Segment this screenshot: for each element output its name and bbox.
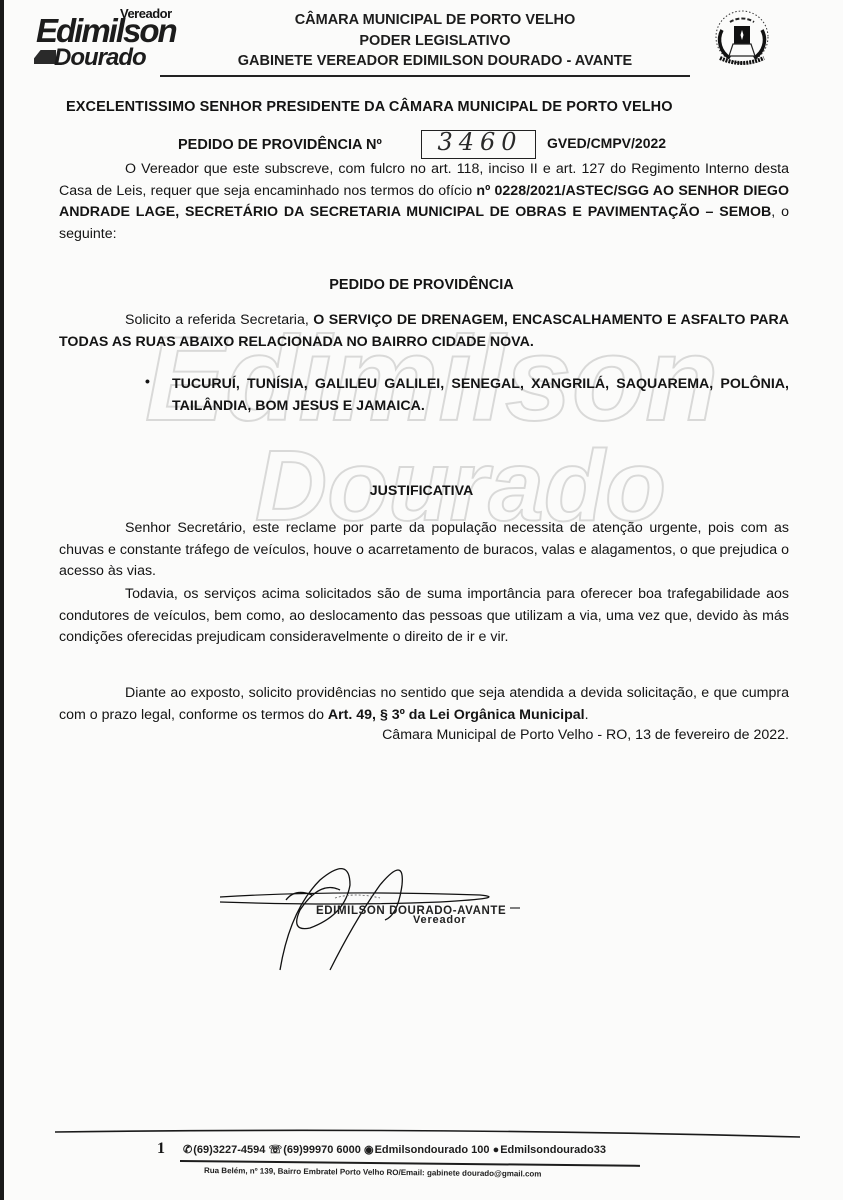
addressee: EXCELENTISSIMO SENHOR PRESIDENTE DA CÂMA… bbox=[66, 99, 673, 115]
footer-whatsapp: (69)99970 6000 bbox=[283, 1144, 361, 1156]
closing-paragraph: Diante ao exposto, solicito providências… bbox=[59, 683, 789, 726]
logo-last-name: Dourado bbox=[54, 44, 146, 72]
dateline: Câmara Municipal de Porto Velho - RO, 13… bbox=[382, 727, 789, 743]
request-number: 3460 bbox=[428, 128, 532, 156]
request-label: PEDIDO DE PROVIDÊNCIA Nº bbox=[178, 137, 382, 153]
whatsapp-icon: ☏ bbox=[268, 1143, 282, 1156]
vereador-logo: Vereador Edimilson Dourado bbox=[28, 6, 188, 68]
footer-instagram: Edmilsondourado 100 bbox=[375, 1144, 490, 1156]
request-paragraph: Solicito a referida Secretaria, O SERVIÇ… bbox=[59, 310, 789, 353]
footer-contacts: ✆(69)3227-4594 ☏(69)99970 6000 ◉Edmilson… bbox=[183, 1143, 606, 1156]
street-list: TUCURUÍ, TUNÍSIA, GALILEU GALILEI, SENEG… bbox=[172, 373, 789, 417]
intro-paragraph: O Vereador que este subscreve, com fulcr… bbox=[59, 159, 789, 245]
header-legislative-power: PODER LEGISLATIVO bbox=[200, 33, 670, 49]
justification-paragraph-2: Todavia, os serviços acima solicitados s… bbox=[59, 584, 789, 649]
phone-icon: ✆ bbox=[183, 1143, 192, 1156]
section-title-justification: JUSTIFICATIVA bbox=[0, 483, 843, 499]
request-suffix: GVED/CMPV/2022 bbox=[547, 135, 666, 151]
header-divider bbox=[160, 75, 690, 77]
page-number: 1 bbox=[157, 1140, 165, 1158]
footer-divider bbox=[55, 1126, 800, 1138]
justification-paragraph-1: Senhor Secretário, este reclame por part… bbox=[59, 518, 789, 583]
facebook-icon: ● bbox=[493, 1144, 500, 1156]
closing-period: . bbox=[585, 707, 589, 723]
footer-facebook: Edmilsondourado33 bbox=[500, 1144, 606, 1156]
section-title-request: PEDIDO DE PROVIDÊNCIA bbox=[0, 277, 843, 293]
signatory-name: EDIMILSON DOURADO-AVANTE bbox=[316, 905, 506, 917]
footer-phone: (69)3227-4594 bbox=[193, 1144, 265, 1156]
signatory-role: Vereador bbox=[413, 914, 466, 926]
header-office-name: GABINETE VEREADOR EDIMILSON DOURADO - AV… bbox=[200, 53, 670, 69]
footer-address: Rua Belém, nº 139, Bairro Embratel Porto… bbox=[204, 1166, 542, 1179]
svg-text:Dourado: Dourado bbox=[255, 430, 666, 525]
truck-icon bbox=[34, 50, 56, 64]
scan-edge bbox=[0, 0, 4, 1200]
request-text: Solicito a referida Secretaria, bbox=[125, 312, 313, 328]
instagram-icon: ◉ bbox=[364, 1143, 374, 1156]
header-chamber-name: CÂMARA MUNICIPAL DE PORTO VELHO bbox=[200, 12, 670, 28]
closing-law-reference: Art. 49, § 3º da Lei Orgânica Municipal bbox=[328, 707, 585, 723]
municipal-seal-icon bbox=[708, 8, 776, 70]
bullet-icon: • bbox=[145, 373, 150, 389]
